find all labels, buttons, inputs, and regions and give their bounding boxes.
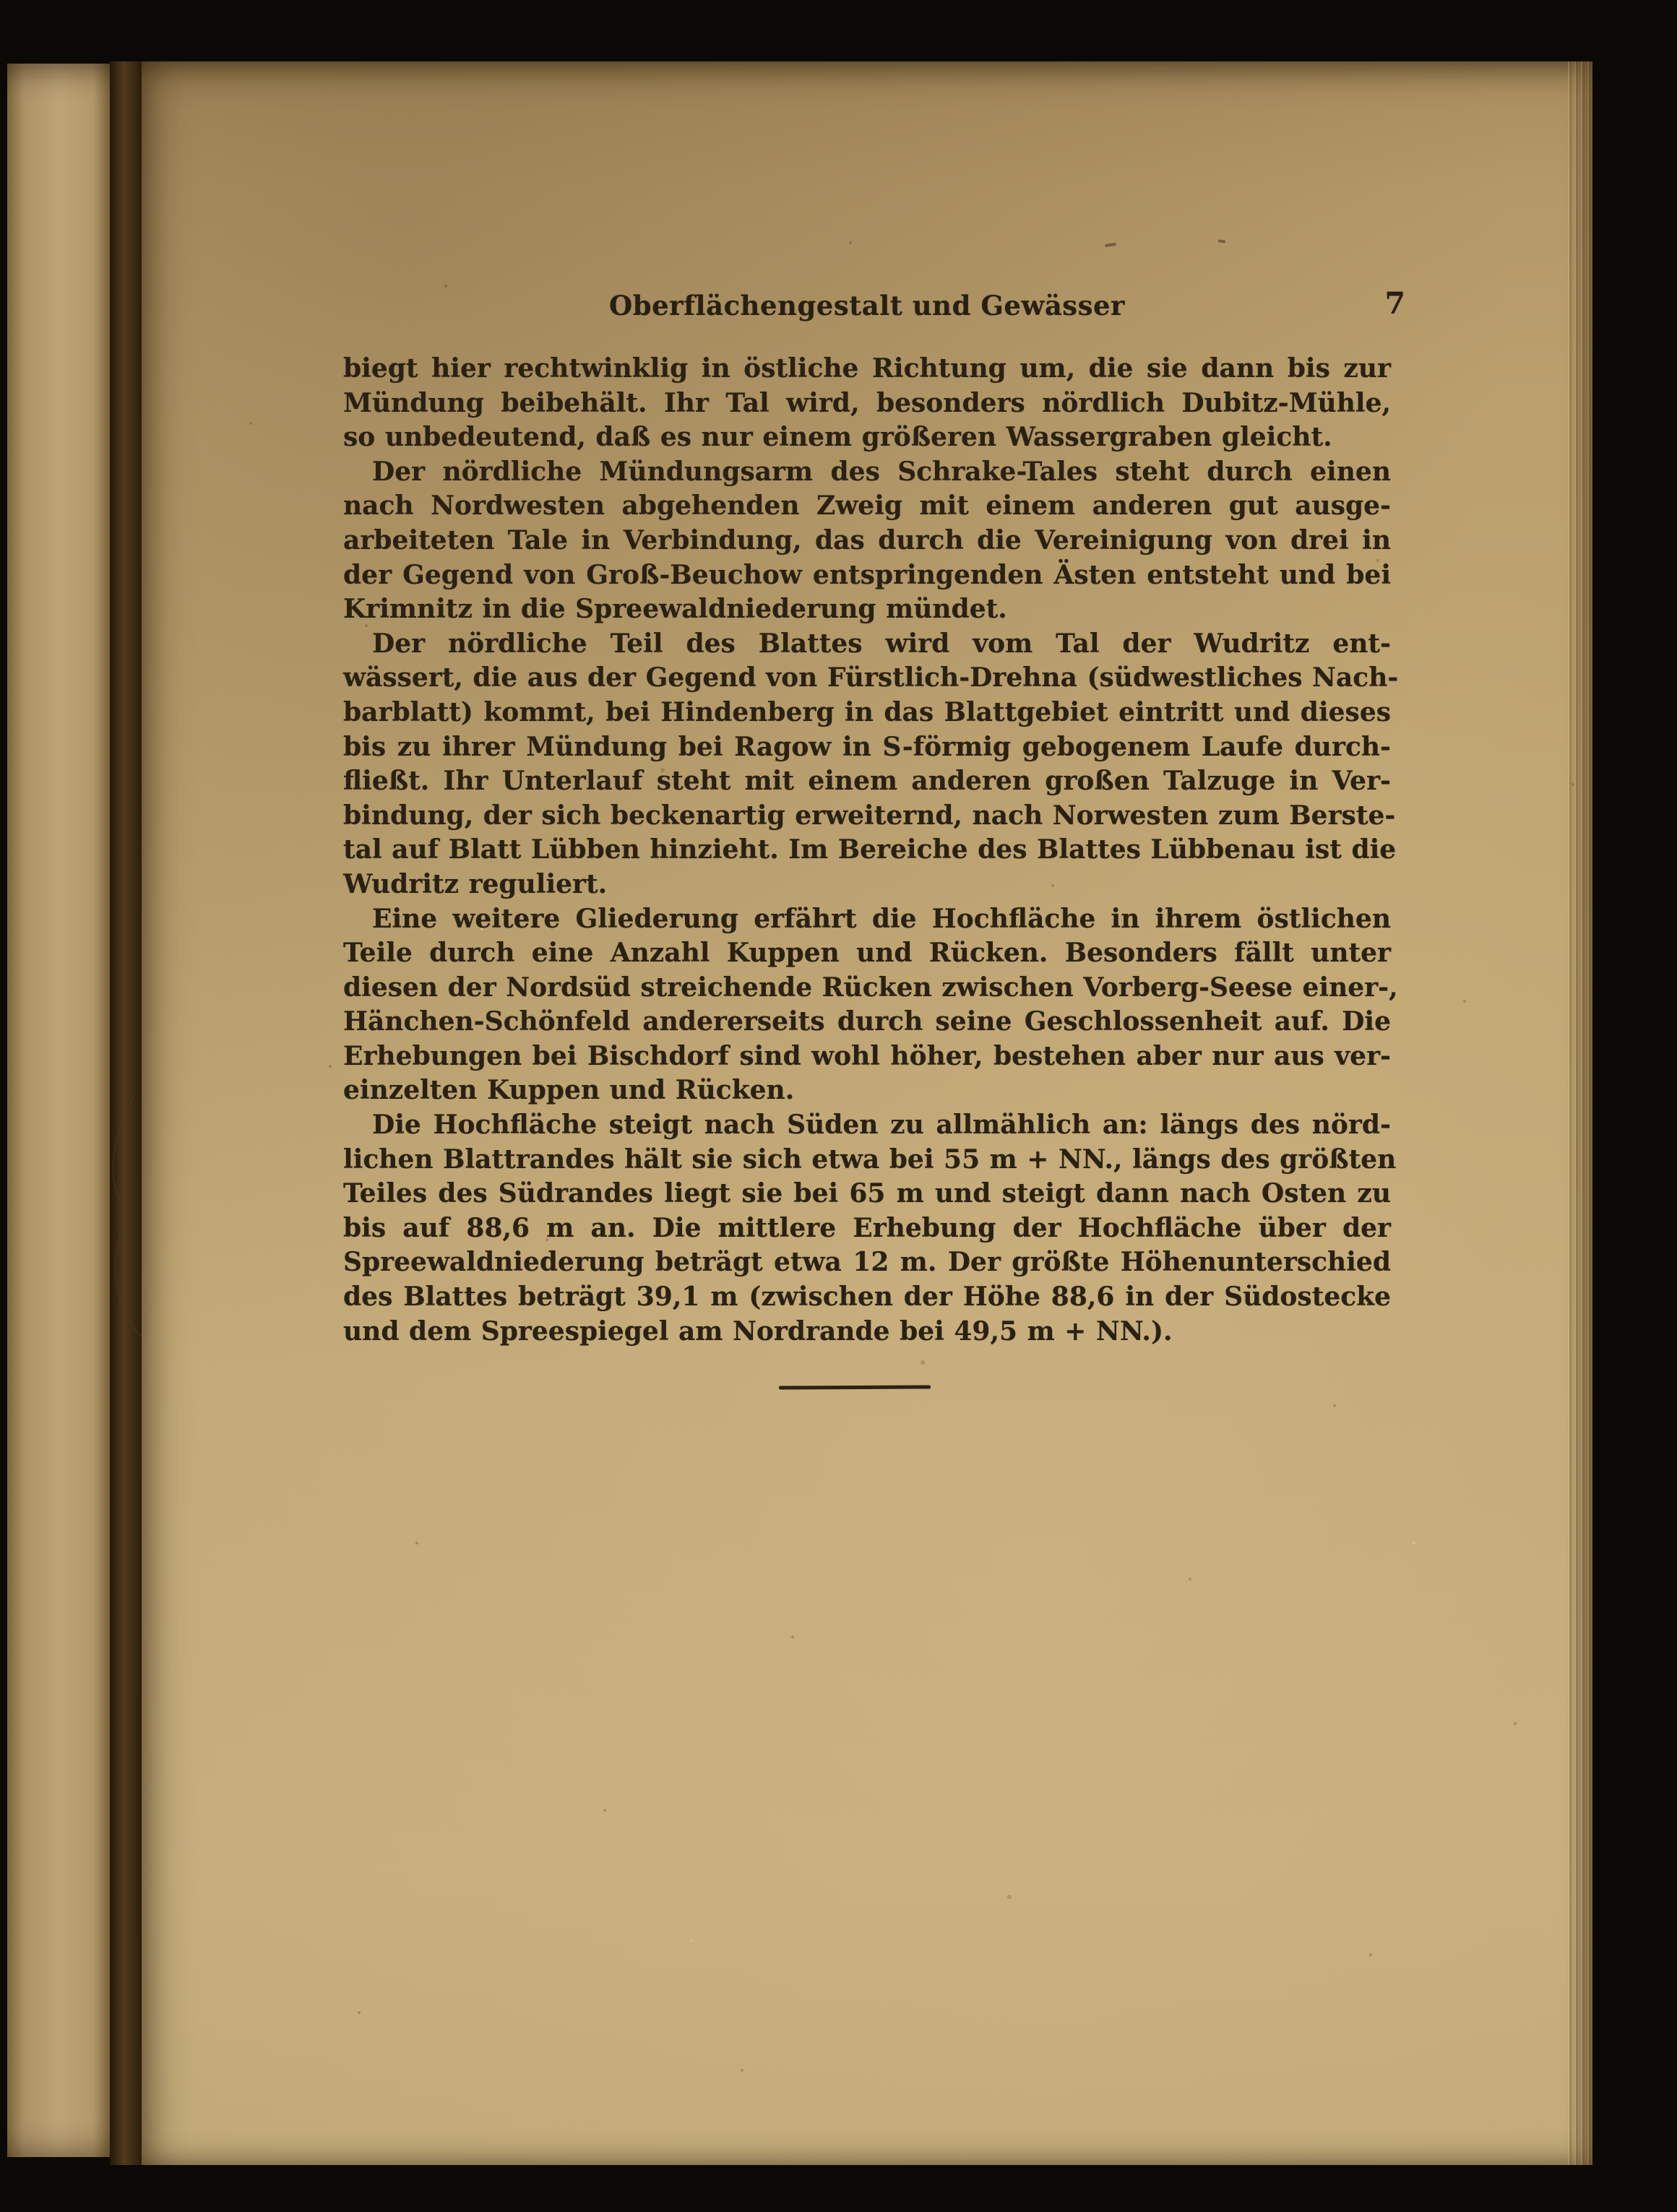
text-line: bis zu ihrer Mündung bei Ragow in S-förm… [343,730,1391,765]
text-line: Mündung beibehält. Ihr Tal wird, besonde… [343,386,1391,421]
text-line: Die Hochfläche steigt nach Süden zu allm… [343,1108,1391,1143]
running-head-title: Oberflächengestalt und Gewässer [343,289,1391,322]
section-divider-rule [779,1385,931,1389]
paper-speckles [142,61,143,63]
text-line: fließt. Ihr Unterlauf steht mit einem an… [343,764,1391,799]
text-line: Spreewaldniederung beträgt etwa 12 m. De… [343,1245,1391,1280]
text-line: barblatt) kommt, bei Hindenberg in das B… [343,696,1391,730]
page-stack-edges [1568,61,1592,2165]
text-line: Teile durch eine Anzahl Kuppen und Rücke… [343,936,1391,971]
text-block: biegt hier rechtwinklig in östliche Rich… [343,352,1391,1349]
text-line: Krimnitz in die Spreewaldniederung münde… [343,592,1391,627]
ink-smudge [1218,239,1225,243]
text-line: Hänchen-Schönfeld andererseits durch sei… [343,1005,1391,1040]
text-line: diesen der Nordsüd streichende Rücken zw… [343,971,1391,1006]
page-number: 7 [1319,287,1405,320]
text-line: lichen Blattrandes hält sie sich etwa be… [343,1143,1391,1178]
text-line: Der nördliche Teil des Blattes wird vom … [343,627,1391,662]
paper-crease-mark [84,1087,272,1347]
ink-smudge [1105,243,1116,247]
text-line: Der nördliche Mündungsarm des Schrake-Ta… [343,455,1391,490]
text-line: biegt hier rechtwinklig in östliche Rich… [343,352,1391,386]
text-line: wässert, die aus der Gegend von Fürstlic… [343,661,1391,696]
text-line: tal auf Blatt Lübben hinzieht. Im Bereic… [343,833,1391,868]
text-line: nach Nordwesten abgehenden Zweig mit ein… [343,489,1391,524]
text-line: der Gegend von Groß-Beuchow entspringend… [343,558,1391,593]
text-line: einzelten Kuppen und Rücken. [343,1073,1391,1108]
text-line: des Blattes beträgt 39,1 m (zwischen der… [343,1280,1391,1315]
text-line: und dem Spreespiegel am Nordrande bei 49… [343,1315,1391,1349]
text-line: bindung, der sich beckenartig erweiternd… [343,799,1391,834]
text-line: bis auf 88,6 m an. Die mittlere Erhebung… [343,1211,1391,1246]
text-line: so unbedeutend, daß es nur einem größere… [343,420,1391,455]
text-line: Wudritz reguliert. [343,868,1391,902]
text-line: Teiles des Südrandes liegt sie bei 65 m … [343,1177,1391,1211]
text-line: Eine weitere Gliederung erfährt die Hoch… [343,902,1391,937]
text-line: arbeiteten Tale in Verbindung, das durch… [343,524,1391,558]
book-scan: { "page": { "header": { "title": "Oberfl… [0,0,1677,2212]
text-line: Erhebungen bei Bischdorf sind wohl höher… [343,1040,1391,1074]
scanned-page: Oberflächengestalt und Gewässer 7 biegt … [142,61,1592,2165]
